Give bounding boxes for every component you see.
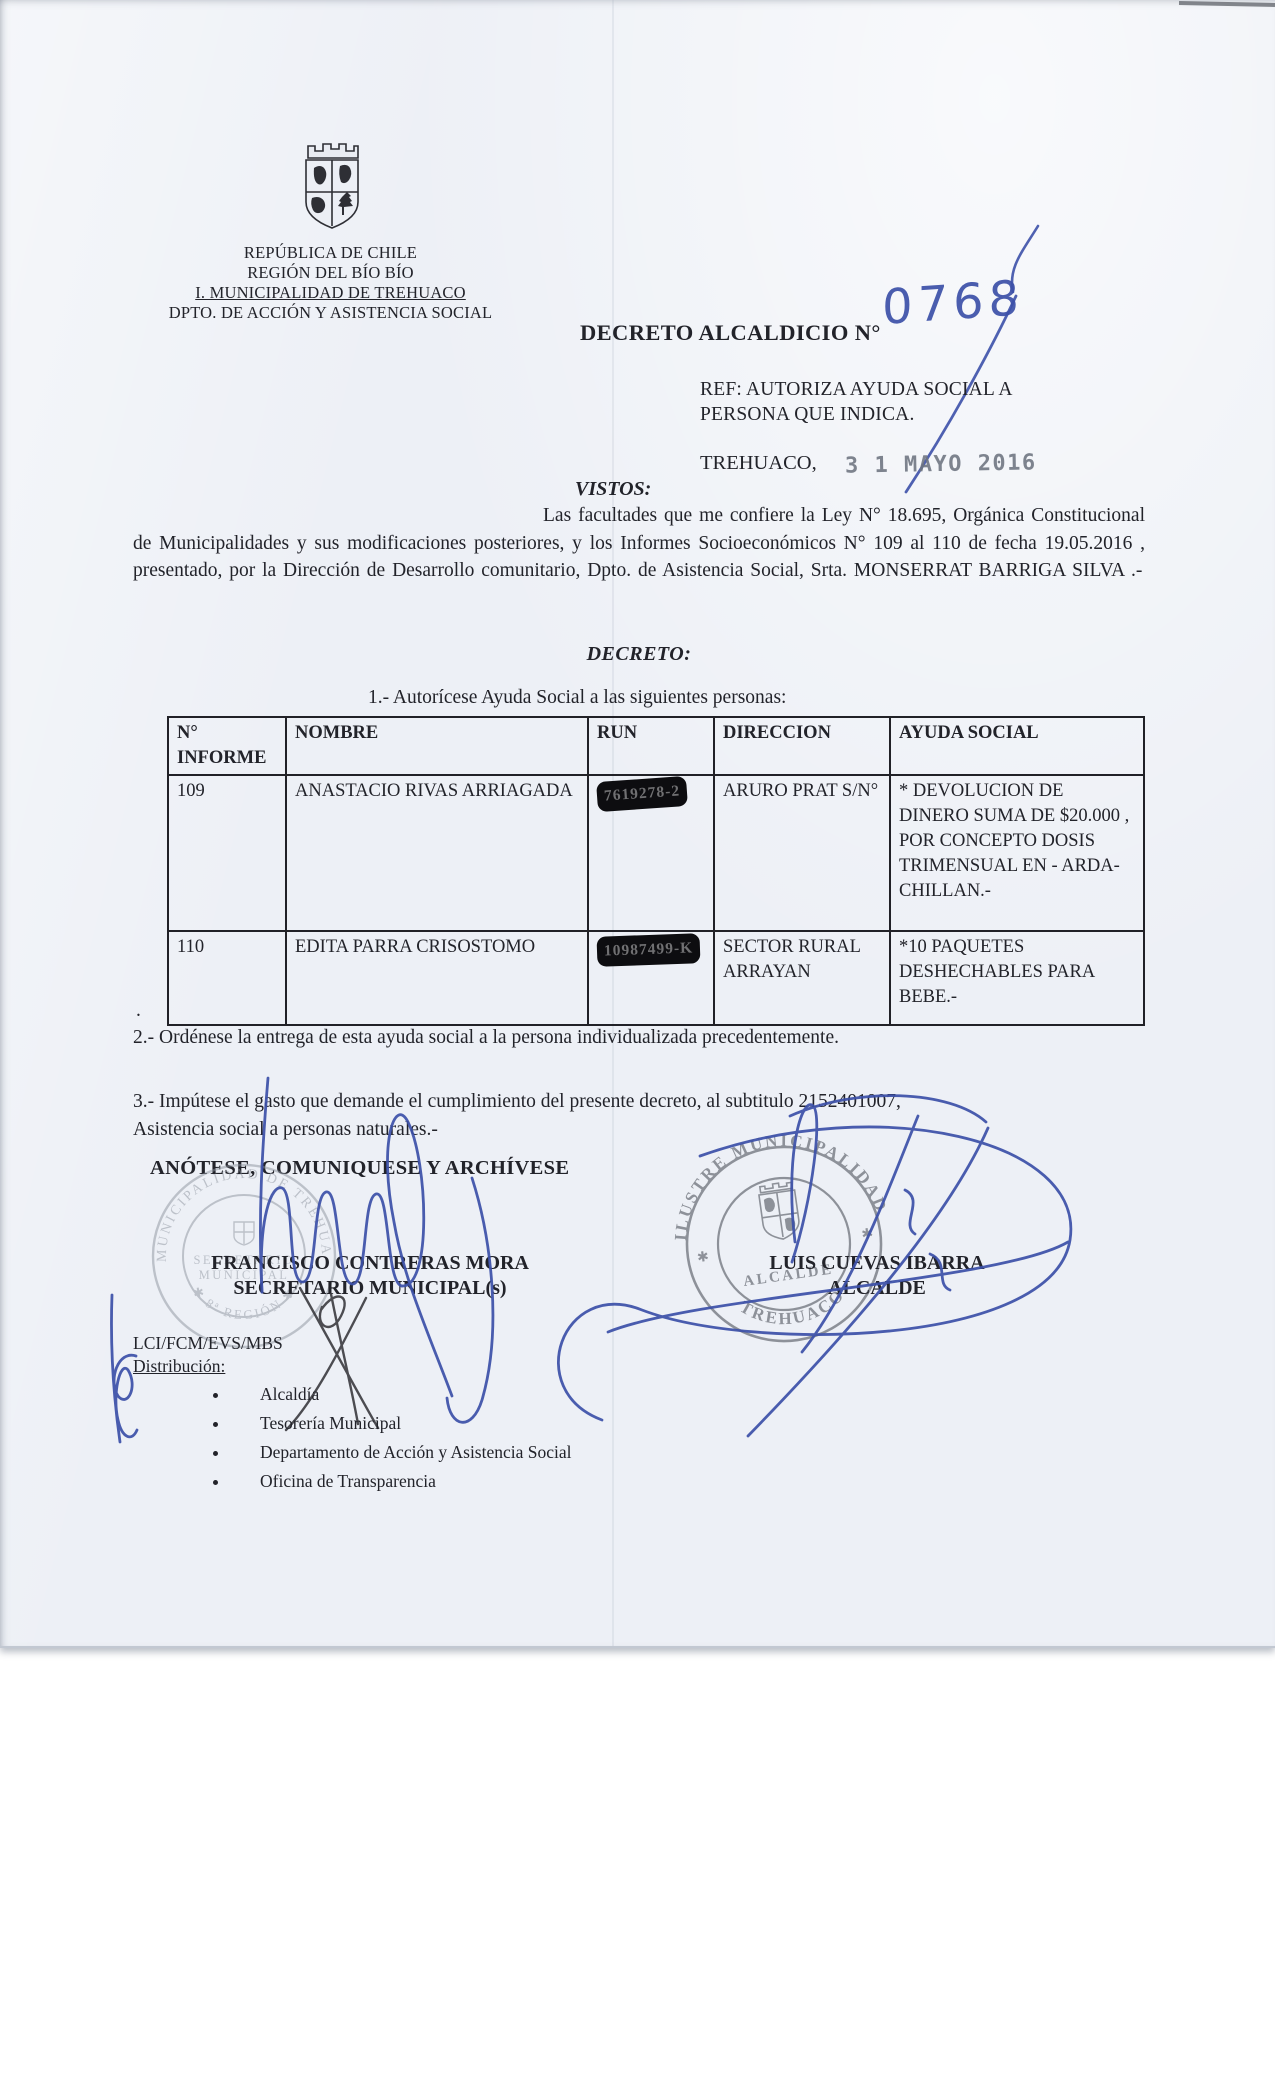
distribution-list: Alcaldía Tesorería Municipal Departament…	[210, 1380, 810, 1496]
distribution-item: Oficina de Transparencia	[230, 1467, 810, 1496]
distribution-item: Departamento de Acción y Asistencia Soci…	[230, 1438, 810, 1467]
drafting-initials: LCI/FCM/EVS/MBS	[133, 1333, 283, 1354]
scanned-document: REPÚBLICA DE CHILE REGIÓN DEL BÍO BÍO I.…	[0, 0, 1275, 2100]
distribution-list-wrap: Alcaldía Tesorería Municipal Departament…	[210, 1380, 810, 1496]
distribution-label: Distribución:	[133, 1356, 225, 1377]
distribution-item: Alcaldía	[230, 1380, 810, 1409]
document-page: REPÚBLICA DE CHILE REGIÓN DEL BÍO BÍO I.…	[0, 0, 1275, 1648]
distribution-item: Tesorería Municipal	[230, 1409, 810, 1438]
